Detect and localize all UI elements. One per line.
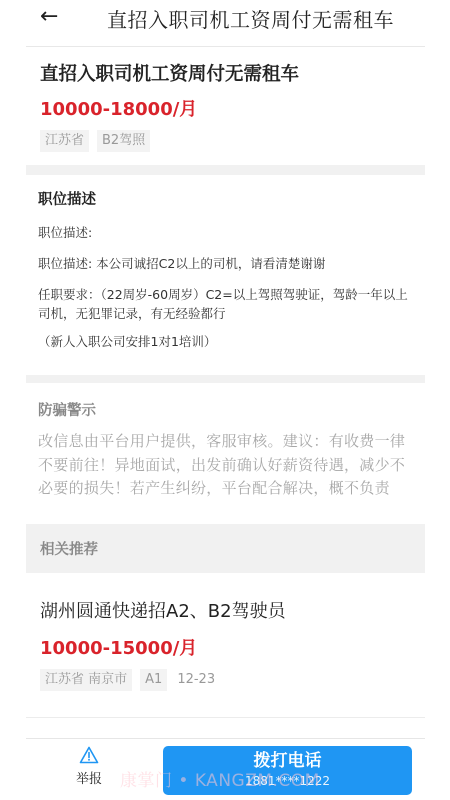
related-job-title: 湖州圆通快递招A2、B2驾驶员: [40, 597, 286, 623]
back-button[interactable]: ←: [40, 3, 70, 33]
page-title: 直招入职司机工资周付无需租车: [107, 4, 394, 33]
header-divider: [26, 46, 425, 47]
anti-fraud-title: 防骗警示: [38, 399, 96, 420]
description-line: 职位描述:: [38, 223, 418, 242]
requirements-text: 任职要求：（22周岁-60周岁）C2=以上驾照驾驶证，驾龄一年以上司机，无犯罪记…: [38, 285, 418, 323]
tag-location: 江苏省 南京市: [40, 669, 132, 691]
section-separator: [26, 375, 425, 383]
description-line: 职位描述: 本公司诚招C2以上的司机，请看清楚谢谢: [38, 254, 418, 273]
section-separator: [26, 165, 425, 175]
call-number: 1881****1222: [163, 773, 412, 789]
job-tags: 江苏省 B2驾照: [40, 130, 150, 152]
warning-triangle-icon: [79, 746, 99, 764]
training-note: （新人入职公司安排1对1培训）: [38, 332, 418, 351]
call-phone-button[interactable]: 拨打电话 1881****1222: [163, 746, 412, 795]
recommend-title: 相关推荐: [40, 538, 98, 559]
post-date: 12-23: [177, 669, 215, 691]
anti-fraud-text: 改信息由平台用户提供，客服审核。建议：有收费一律不要前往！异地面试，出发前确认好…: [38, 430, 418, 501]
bottom-bar-divider: [26, 738, 425, 739]
top-app-bar: ← 直招入职司机工资周付无需租车: [0, 0, 450, 47]
tag-license: B2驾照: [97, 130, 150, 152]
report-button[interactable]: 举报: [66, 744, 112, 794]
job-salary: 10000-18000/月: [40, 95, 197, 121]
report-label: 举报: [66, 768, 112, 787]
job-title: 直招入职司机工资周付无需租车: [40, 60, 299, 86]
description-title: 职位描述: [38, 188, 96, 209]
related-job-salary: 10000-15000/月: [40, 634, 197, 660]
arrow-left-icon: ←: [40, 4, 58, 29]
related-job-tags: 江苏省 南京市 A1 12-23: [40, 669, 215, 691]
tag-license: A1: [140, 669, 167, 691]
call-label: 拨打电话: [163, 749, 412, 773]
tag-location: 江苏省: [40, 130, 89, 152]
list-divider: [26, 717, 425, 718]
